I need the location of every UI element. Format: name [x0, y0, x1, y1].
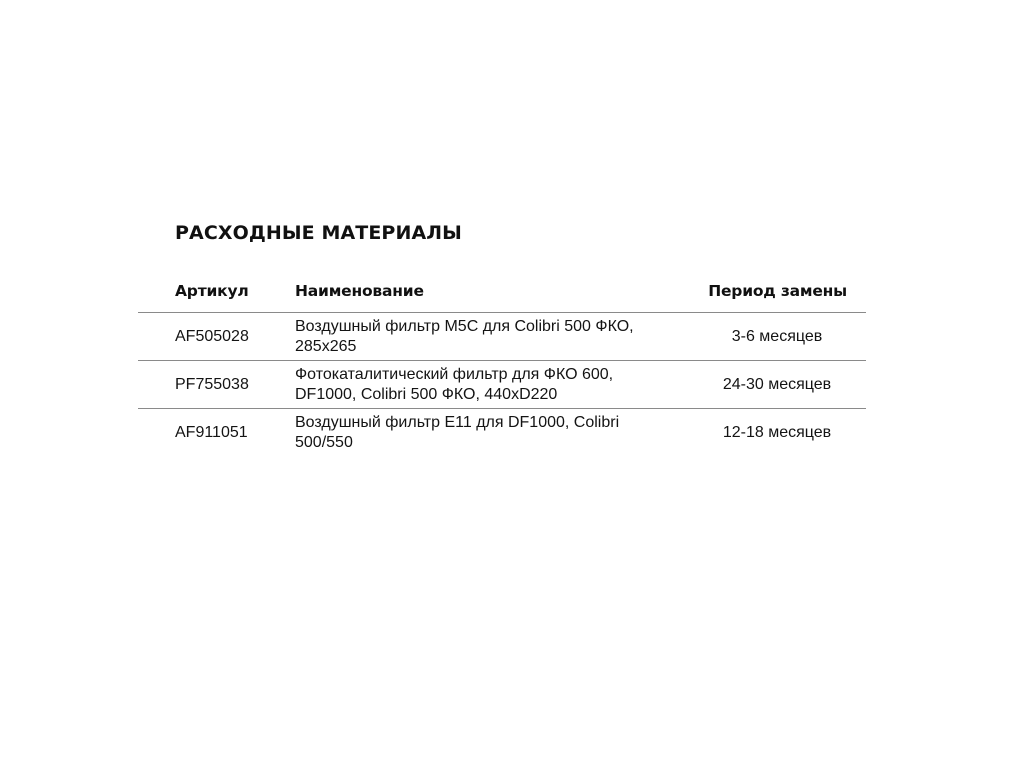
article-cell: PF755038 — [175, 361, 285, 408]
article-cell: AF505028 — [175, 313, 285, 360]
name-cell: Воздушный фильтр M5C для Colibri 500 ФКО… — [295, 313, 675, 360]
column-header-name: Наименование — [295, 274, 675, 312]
section-title: РАСХОДНЫЕ МАТЕРИАЛЫ — [175, 222, 462, 244]
table-row: AF911051 Воздушный фильтр E11 для DF1000… — [138, 409, 866, 456]
consumables-table: Артикул Наименование Период замены AF505… — [138, 274, 866, 456]
period-cell: 24-30 месяцев — [698, 361, 856, 408]
table-row: PF755038 Фотокаталитический фильтр для Ф… — [138, 361, 866, 409]
column-header-period: Период замены — [677, 274, 847, 312]
column-header-article: Артикул — [175, 274, 285, 312]
name-cell: Фотокаталитический фильтр для ФКО 600, D… — [295, 361, 675, 408]
name-cell: Воздушный фильтр E11 для DF1000, Colibri… — [295, 409, 675, 456]
table-header-row: Артикул Наименование Период замены — [138, 274, 866, 313]
period-cell: 12-18 месяцев — [698, 409, 856, 456]
period-cell: 3-6 месяцев — [698, 313, 856, 360]
table-row: AF505028 Воздушный фильтр M5C для Colibr… — [138, 313, 866, 361]
article-cell: AF911051 — [175, 409, 285, 456]
